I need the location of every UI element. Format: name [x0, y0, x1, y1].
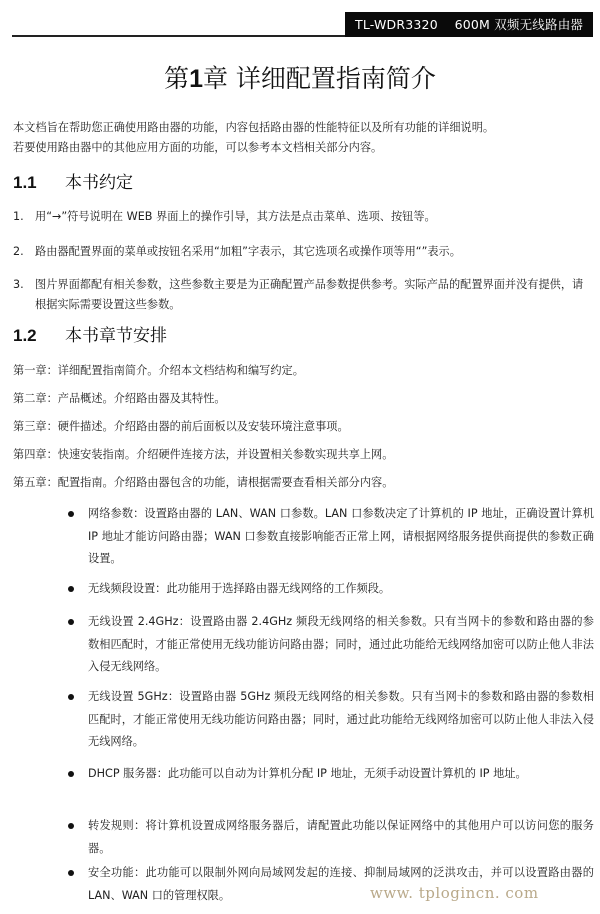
section-heading-1-1: 1.1本书约定 [13, 172, 133, 194]
bullet-icon [68, 619, 74, 625]
convention-item-2: 2. 路由器配置界面的菜单或按钮名采用“加粗”字表示，其它选项名或操作项等用“”… [13, 242, 591, 262]
header-model: TL-WDR3320 [355, 17, 438, 32]
feature-bullet-forwarding: 转发规则：将计算机设置成网络服务器后，请配置此功能以保证网络中的其他用户可以访问… [64, 815, 594, 860]
section-number: 1.1 [13, 172, 65, 194]
chapter-summary-3: 第三章：硬件描述。介绍路由器的前后面板以及安装环境注意事项。 [13, 418, 349, 436]
section-heading-1-2: 1.2本书章节安排 [13, 325, 167, 347]
bullet-icon [68, 870, 74, 876]
header-product: 600M 双频无线路由器 [455, 17, 584, 32]
chapter-title: 第1章 详细配置指南简介 [0, 62, 600, 96]
convention-item-3: 3. 图片界面都配有相关参数，这些参数主要是为正确配置产品参数提供参考。实际产品… [13, 275, 591, 315]
bullet-text: 无线频段设置：此功能用于选择路由器无线网络的工作频段。 [88, 578, 594, 601]
header-rule [12, 35, 346, 37]
item-number: 1. [13, 207, 24, 227]
intro-line-2: 若要使用路由器中的其他应用方面的功能，可以参考本文档相关部分内容。 [13, 138, 593, 158]
convention-item-1: 1. 用“→”符号说明在 WEB 界面上的操作引导，其方法是点击菜单、选项、按钮… [13, 207, 591, 227]
intro-line-1: 本文档旨在帮助您正确使用路由器的功能，内容包括路由器的性能特征以及所有功能的详细… [13, 118, 593, 138]
feature-bullet-wireless-24: 无线设置 2.4GHz：设置路由器 2.4GHz 频段无线网络的相关参数。只有当… [64, 611, 594, 679]
feature-bullet-wireless-5: 无线设置 5GHz：设置路由器 5GHz 频段无线网络的相关参数。只有当网卡的参… [64, 686, 594, 754]
bullet-icon [68, 694, 74, 700]
watermark: www. tplogincn. com [370, 884, 539, 902]
chapter-summary-2: 第二章：产品概述。介绍路由器及其特性。 [13, 390, 226, 408]
bullet-text: 无线设置 5GHz：设置路由器 5GHz 频段无线网络的相关参数。只有当网卡的参… [88, 686, 594, 754]
bullet-icon [68, 823, 74, 829]
bullet-icon [68, 771, 74, 777]
feature-bullet-dhcp: DHCP 服务器：此功能可以自动为计算机分配 IP 地址，无须手动设置计算机的 … [64, 763, 594, 786]
header-product-tab: TL-WDR3320 600M 双频无线路由器 [345, 12, 593, 37]
chapter-summary-1: 第一章：详细配置指南简介。介绍本文档结构和编写约定。 [13, 362, 304, 380]
section-number: 1.2 [13, 325, 65, 347]
bullet-text: DHCP 服务器：此功能可以自动为计算机分配 IP 地址，无须手动设置计算机的 … [88, 763, 594, 786]
intro-paragraph: 本文档旨在帮助您正确使用路由器的功能，内容包括路由器的性能特征以及所有功能的详细… [13, 118, 593, 158]
item-text: 路由器配置界面的菜单或按钮名采用“加粗”字表示，其它选项名或操作项等用“”表示。 [35, 242, 591, 262]
chapter-suffix: 章 详细配置指南简介 [203, 64, 436, 93]
bullet-text: 转发规则：将计算机设置成网络服务器后，请配置此功能以保证网络中的其他用户可以访问… [88, 815, 594, 860]
chapter-summary-5: 第五章：配置指南。介绍路由器包含的功能，请根据需要查看相关部分内容。 [13, 474, 393, 492]
bullet-text: 网络参数：设置路由器的 LAN、WAN 口参数。LAN 口参数决定了计算机的 I… [88, 503, 594, 571]
chapter-summary-4: 第四章：快速安装指南。介绍硬件连接方法，并设置相关参数实现共享上网。 [13, 446, 393, 464]
item-number: 2. [13, 242, 24, 262]
chapter-prefix: 第 [164, 64, 189, 93]
item-text: 用“→”符号说明在 WEB 界面上的操作引导，其方法是点击菜单、选项、按钮等。 [35, 207, 591, 227]
section-title: 本书章节安排 [65, 326, 167, 346]
feature-bullet-band: 无线频段设置：此功能用于选择路由器无线网络的工作频段。 [64, 578, 594, 601]
bullet-icon [68, 511, 74, 517]
section-title: 本书约定 [65, 173, 133, 193]
bullet-icon [68, 586, 74, 592]
item-text: 图片界面都配有相关参数，这些参数主要是为正确配置产品参数提供参考。实际产品的配置… [35, 275, 591, 315]
chapter-number: 1 [189, 65, 203, 93]
item-number: 3. [13, 275, 24, 295]
feature-bullet-network: 网络参数：设置路由器的 LAN、WAN 口参数。LAN 口参数决定了计算机的 I… [64, 503, 594, 571]
bullet-text: 无线设置 2.4GHz：设置路由器 2.4GHz 频段无线网络的相关参数。只有当… [88, 611, 594, 679]
